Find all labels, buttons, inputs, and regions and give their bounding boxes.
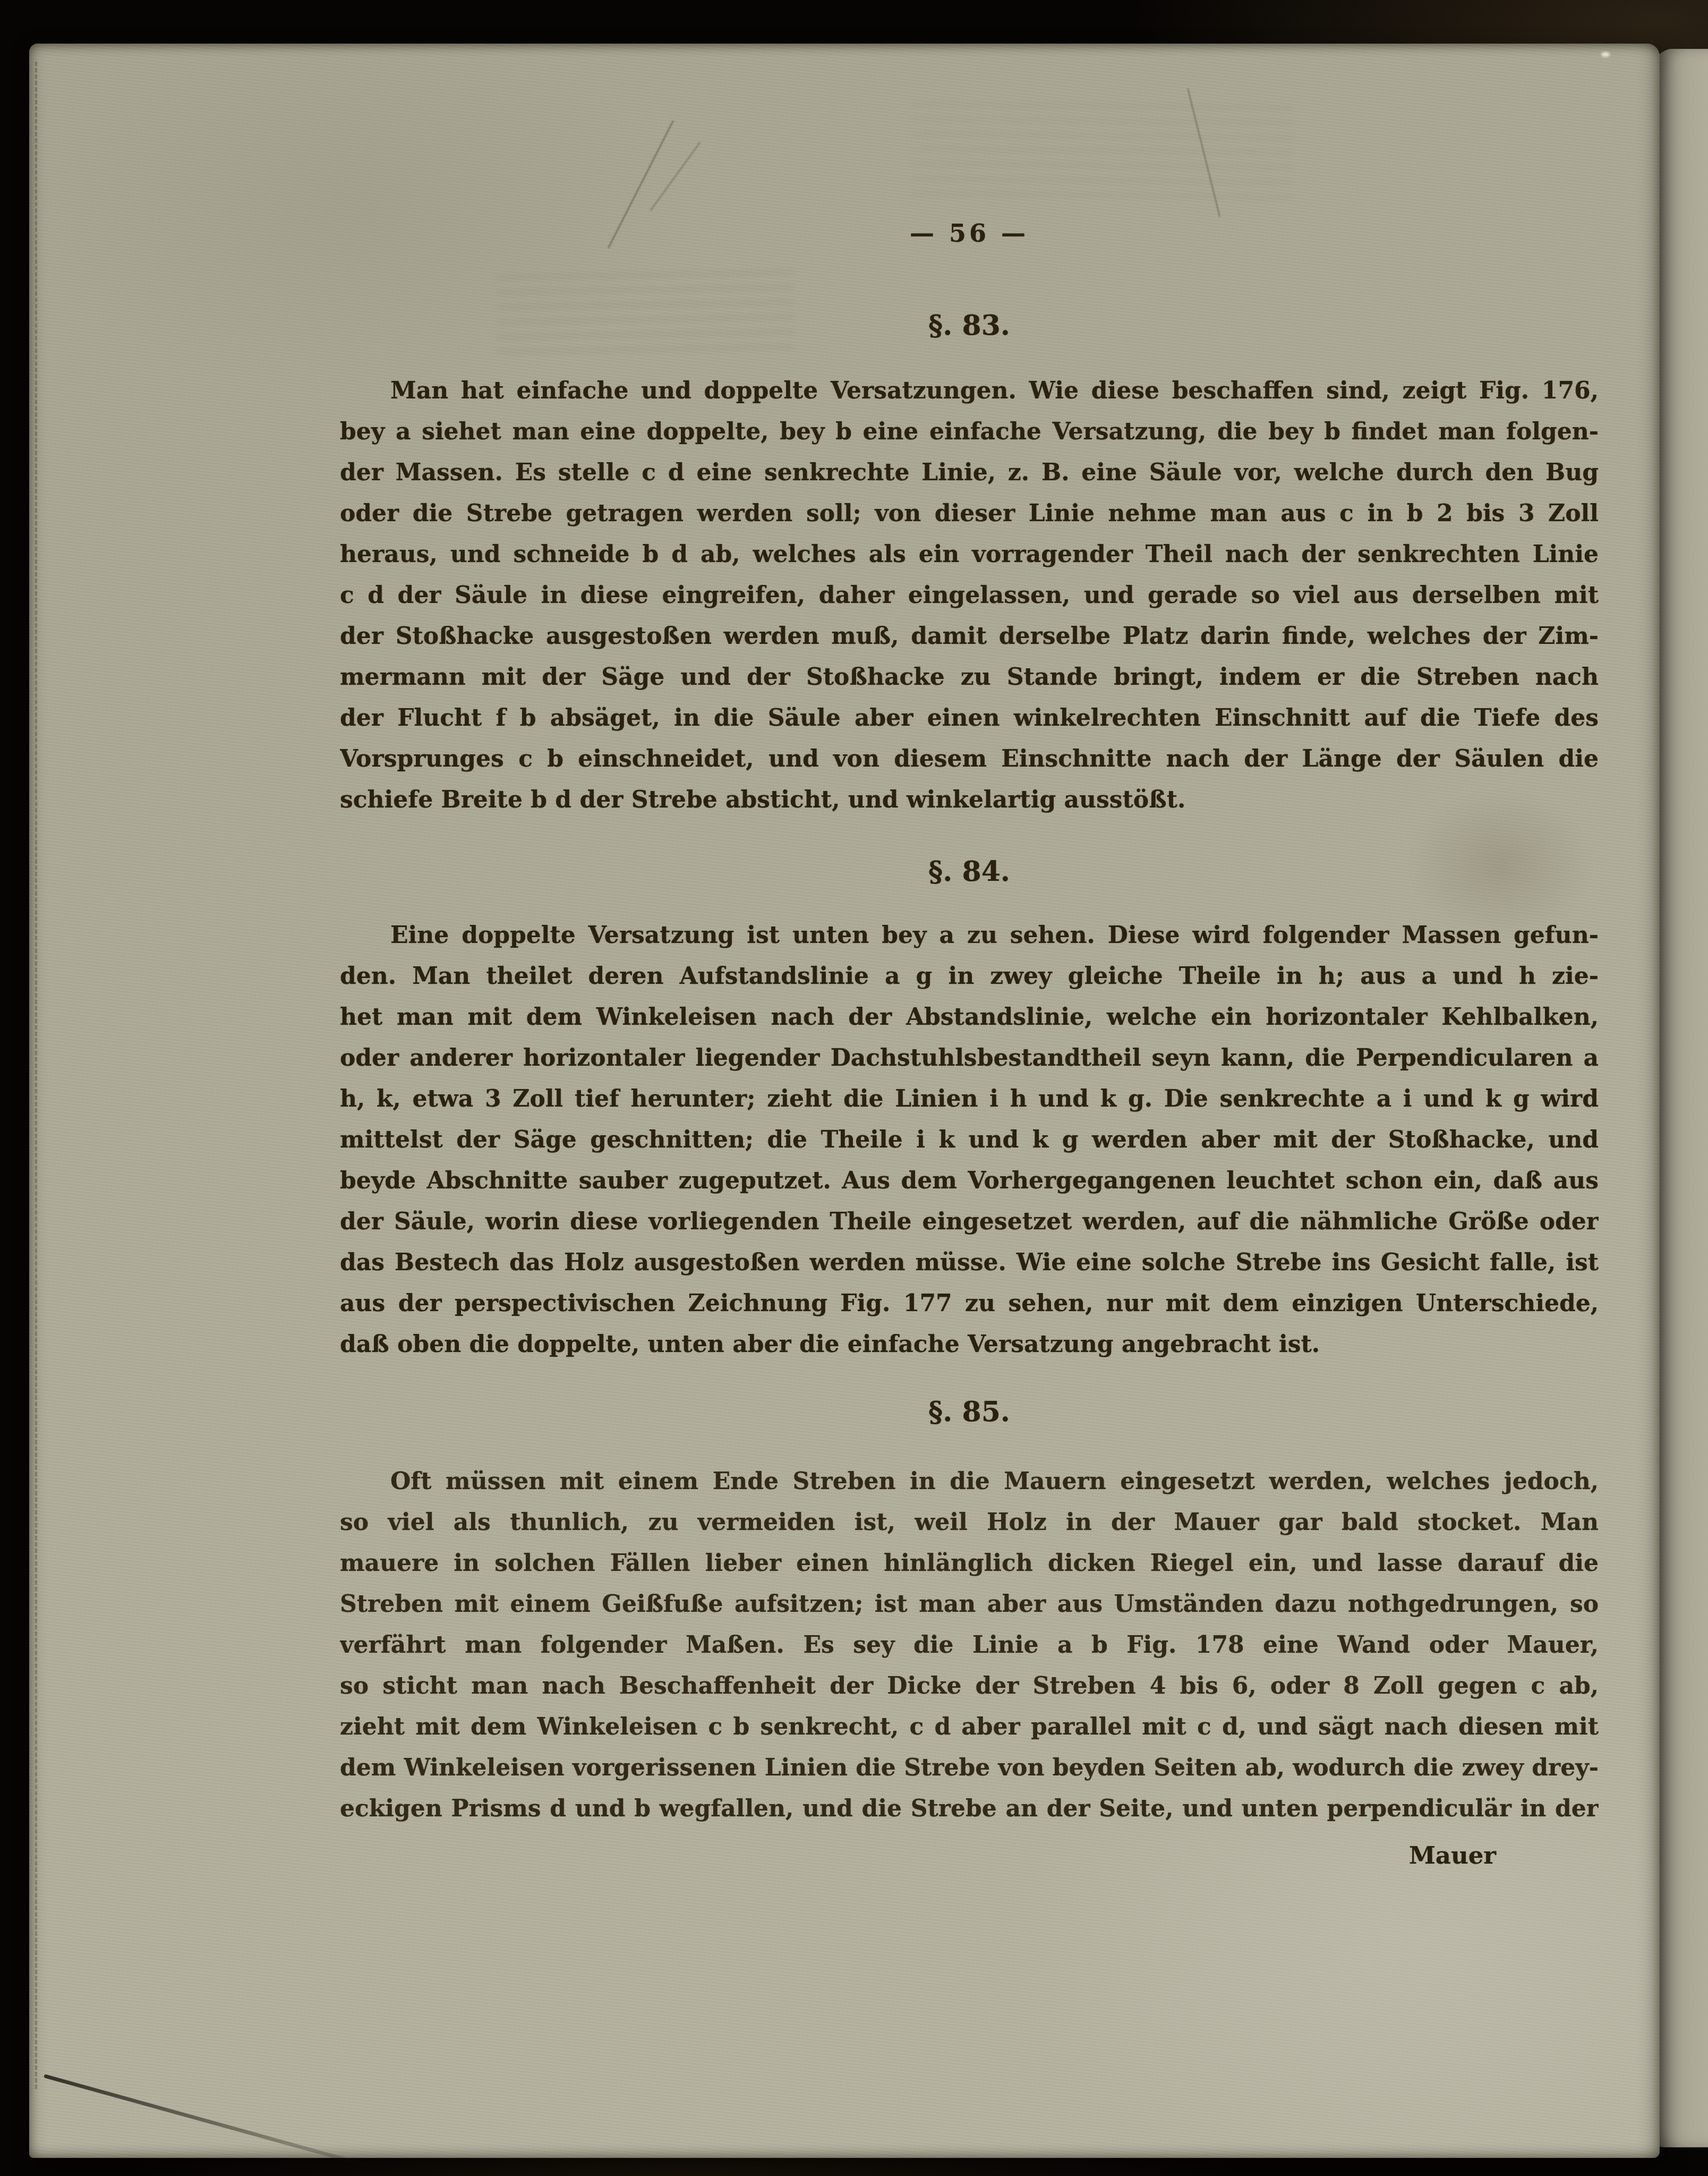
text-line: mittelst der Säge geschnitten; die Theil…	[340, 1119, 1599, 1160]
text-line: der Massen. Es stelle c d eine senkrecht…	[340, 452, 1599, 493]
text-line: Vorsprunges c b einschneidet, und von di…	[340, 738, 1599, 779]
scan-glare-glint	[1601, 52, 1610, 57]
text-line: oder die Strebe getragen werden soll; vo…	[340, 493, 1599, 534]
book-page: — 56 — §. 83. Man hat einfache und doppe…	[29, 44, 1660, 2158]
text-line: so viel als thunlich, zu vermeiden ist, …	[340, 1502, 1599, 1543]
bottom-corner-fold-crease	[44, 2074, 377, 2170]
text-line: Oft müssen mit einem Ende Streben in die…	[340, 1461, 1599, 1502]
text-line: Streben mit einem Geißfuße aufsitzen; is…	[340, 1584, 1599, 1625]
paragraph-84: Eine doppelte Versatzung ist unten bey a…	[340, 915, 1599, 1365]
text-line: schiefe Breite b d der Strebe absticht, …	[340, 779, 1599, 820]
text-line: Eine doppelte Versatzung ist unten bey a…	[340, 915, 1599, 956]
text-line: aus der perspectivischen Zeichnung Fig. …	[340, 1283, 1599, 1324]
text-line: der Säule, worin diese vorliegenden Thei…	[340, 1201, 1599, 1242]
text-line: den. Man theilet deren Aufstandslinie a …	[340, 956, 1599, 997]
text-line: mauere in solchen Fällen lieber einen hi…	[340, 1543, 1599, 1584]
text-line: der Stoßhacke ausgestoßen werden muß, da…	[340, 616, 1599, 657]
section-heading-83: §. 83.	[340, 309, 1599, 352]
text-line: h, k, etwa 3 Zoll tief herunter; zieht d…	[340, 1078, 1599, 1119]
text-line: beyde Abschnitte sauber zugeputzet. Aus …	[340, 1160, 1599, 1201]
paragraph-85: Oft müssen mit einem Ende Streben in die…	[340, 1461, 1599, 1829]
text-line: daß oben die doppelte, unten aber die ei…	[340, 1324, 1599, 1365]
text-line: bey a siehet man eine doppelte, bey b ei…	[340, 411, 1599, 452]
catchword: Mauer	[1346, 1835, 1559, 1876]
text-line: dem Winkeleisen vorgerissenen Linien die…	[340, 1747, 1599, 1788]
text-line: Man hat einfache und doppelte Versatzung…	[340, 370, 1599, 411]
text-line: mermann mit der Säge und der Stoßhacke z…	[340, 657, 1599, 698]
section-heading-84: §. 84.	[340, 855, 1599, 898]
text-line: c d der Säule in diese eingreifen, daher…	[340, 575, 1599, 616]
text-line: eckigen Prisms d und b wegfallen, und di…	[340, 1788, 1599, 1829]
paragraph-83: Man hat einfache und doppelte Versatzung…	[340, 370, 1599, 820]
text-line: heraus, und schneide b d ab, welches als…	[340, 534, 1599, 575]
text-line: das Bestech das Holz ausgestoßen werden …	[340, 1242, 1599, 1283]
text-line: der Flucht f b absäget, in die Säule abe…	[340, 698, 1599, 738]
ink-showthrough-stain	[910, 95, 1294, 200]
text-line: so sticht man nach Beschaffenheit der Di…	[340, 1665, 1599, 1706]
text-line: oder anderer horizontaler liegender Dach…	[340, 1038, 1599, 1078]
text-line: verfährt man folgender Maßen. Es sey die…	[340, 1625, 1599, 1665]
text-line: zieht mit dem Winkeleisen c b senkrecht,…	[340, 1706, 1599, 1747]
section-heading-85: §. 85.	[340, 1396, 1599, 1438]
scan-background: { "document": { "page_number": "— 56 —",…	[0, 0, 1708, 2176]
text-line: het man mit dem Winkeleisen nach der Abs…	[340, 997, 1599, 1038]
deckle-edge-stitching	[35, 62, 37, 2089]
page-number: — 56 —	[340, 219, 1599, 261]
